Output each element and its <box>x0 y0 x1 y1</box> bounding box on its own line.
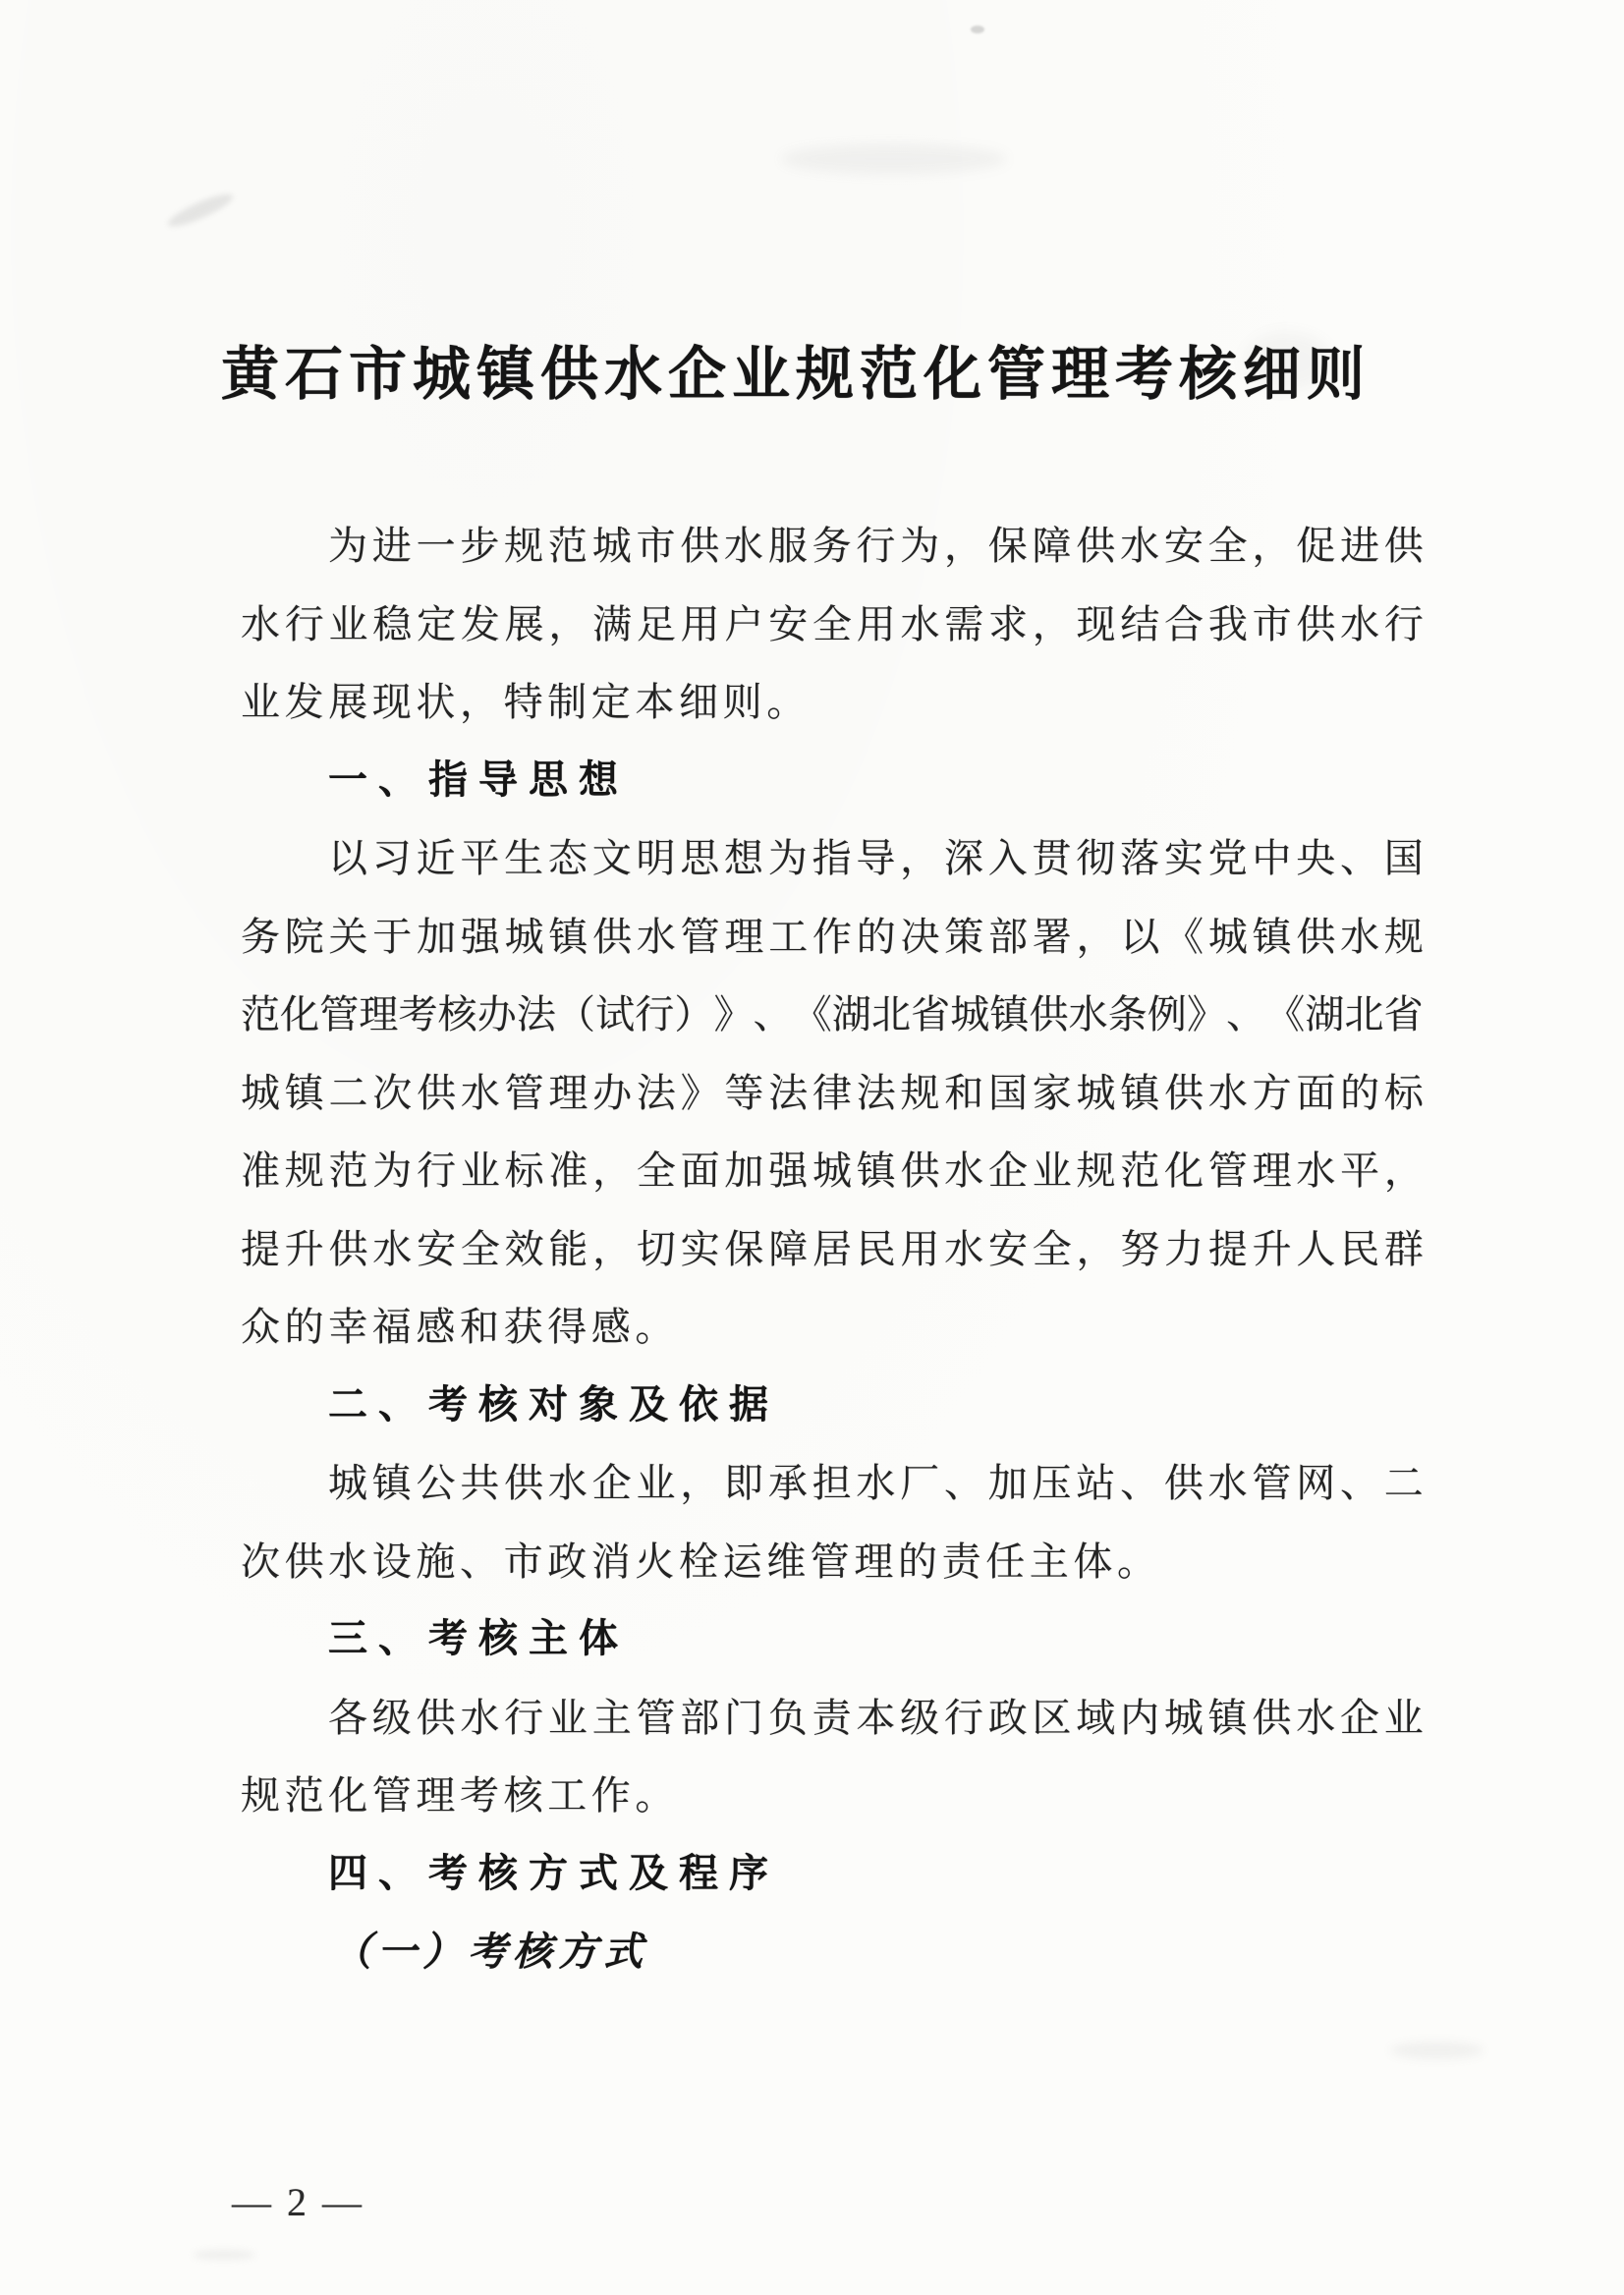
text-line: （一）考核方式 <box>332 1913 1424 1991</box>
scan-smudge <box>193 2250 255 2260</box>
text-line: 以习近平生态文明思想为指导，深入贯彻落实党中央、国 <box>328 819 1424 898</box>
document-title: 黄石市城镇供水企业规范化管理考核细则 <box>221 340 1371 409</box>
scan-smudge <box>165 189 236 232</box>
scan-smudge <box>1390 2042 1484 2059</box>
text-line: 各级供水行业主管部门负责本级行政区域内城镇供水企业 <box>328 1679 1424 1758</box>
document-page: 黄石市城镇供水企业规范化管理考核细则 为进一步规范城市供水服务行为，保障供水安全… <box>0 0 1624 2295</box>
text-line: 范化管理考核办法（试行）》、《湖北省城镇供水条例》、《湖北省 <box>241 976 1424 1054</box>
scan-speck <box>971 26 984 33</box>
text-line: 水行业稳定发展，满足用户安全用水需求，现结合我市供水行 <box>241 586 1424 664</box>
document-body: 为进一步规范城市供水服务行为，保障供水安全，促进供 水行业稳定发展，满足用户安全… <box>241 507 1424 1991</box>
text-line: 一、指导思想 <box>328 742 1424 820</box>
text-line: 城镇二次供水管理办法》等法律法规和国家城镇供水方面的标 <box>241 1054 1424 1133</box>
page-number: — 2 — <box>232 2173 364 2232</box>
text-line: 准规范为行业标准，全面加强城镇供水企业规范化管理水平， <box>241 1132 1424 1210</box>
text-line: 众的幸福感和获得感。 <box>241 1288 1424 1367</box>
text-line: 城镇公共供水企业，即承担水厂、加压站、供水管网、二 <box>328 1444 1424 1523</box>
text-line: 规范化管理考核工作。 <box>241 1757 1424 1835</box>
text-line: 二、考核对象及依据 <box>328 1367 1424 1445</box>
text-line: 业发展现状，特制定本细则。 <box>241 663 1424 742</box>
text-line: 次供水设施、市政消火栓运维管理的责任主体。 <box>241 1523 1424 1601</box>
text-line: 为进一步规范城市供水服务行为，保障供水安全，促进供 <box>328 507 1424 586</box>
text-line: 四、考核方式及程序 <box>328 1835 1424 1914</box>
scan-smudge <box>781 143 1007 175</box>
text-line: 三、考核主体 <box>328 1600 1424 1679</box>
text-line: 提升供水安全效能，切实保障居民用水安全，努力提升人民群 <box>241 1210 1424 1289</box>
text-line: 务院关于加强城镇供水管理工作的决策部署，以《城镇供水规 <box>241 898 1424 977</box>
